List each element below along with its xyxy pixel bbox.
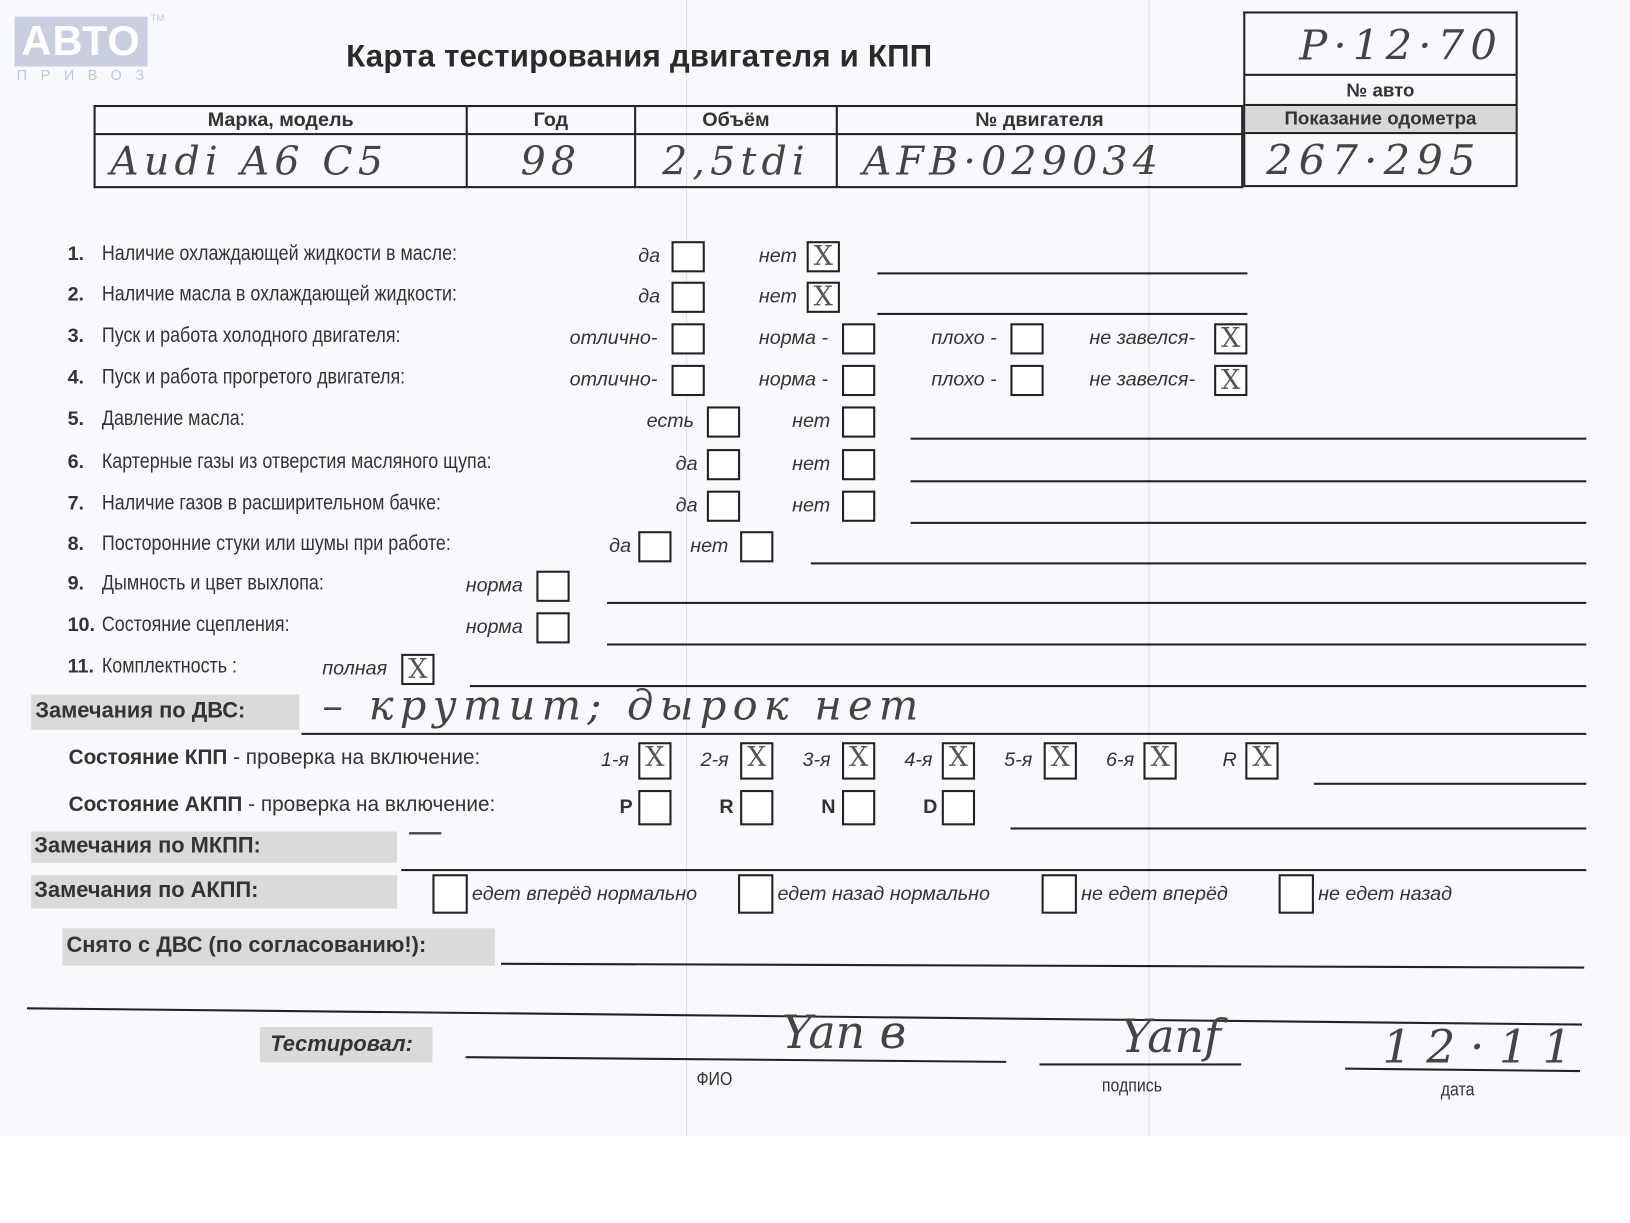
option-label: полная xyxy=(322,658,387,681)
gear-checkbox[interactable]: X xyxy=(638,742,671,779)
logo: АВТО xyxy=(15,17,148,67)
option-label: нет xyxy=(792,411,830,434)
auto-remark-checkbox[interactable] xyxy=(738,874,773,914)
option-label: плохо - xyxy=(931,327,996,350)
gear-label: R xyxy=(1222,749,1236,772)
option-checkbox[interactable]: X xyxy=(807,241,840,272)
position-label: R xyxy=(719,796,733,819)
year-value: 98 xyxy=(467,134,635,187)
auto-box: Р·12·70 № авто Показание одометра 267·29… xyxy=(1243,11,1517,187)
tester-signature[interactable]: Yanf xyxy=(1121,1010,1221,1063)
option-label: норма xyxy=(466,575,523,598)
gear-label: 1-я xyxy=(601,749,629,772)
header-year: Год xyxy=(467,106,635,134)
position-checkbox[interactable] xyxy=(638,790,671,825)
item-label: Пуск и работа прогретого двигателя: xyxy=(102,366,405,390)
make-model-value: Audi A6 C5 xyxy=(95,134,467,187)
logo-subtitle: ПРИВОЗ xyxy=(17,67,158,84)
option-label: нет xyxy=(792,453,830,476)
option-checkbox[interactable] xyxy=(842,449,875,480)
odometer-label: Показание одометра xyxy=(1245,106,1515,134)
auto-gearbox-label-bold: Состояние АКПП xyxy=(69,793,243,816)
position-checkbox[interactable] xyxy=(842,790,875,825)
gear-label: 5-я xyxy=(1004,749,1032,772)
logo-trademark: TM xyxy=(151,12,165,22)
option-checkbox[interactable] xyxy=(707,449,740,480)
option-label: не завелся- xyxy=(1089,369,1195,392)
position-label: N xyxy=(821,796,835,819)
option-checkbox[interactable] xyxy=(672,241,705,272)
option-checkbox[interactable] xyxy=(707,406,740,437)
auto-remark-label: едет вперёд нормально xyxy=(472,884,697,907)
gear-checkbox[interactable]: X xyxy=(740,742,773,779)
gear-label: 6-я xyxy=(1106,749,1134,772)
option-checkbox[interactable] xyxy=(672,365,705,396)
header-make-model: Марка, модель xyxy=(95,106,467,134)
option-checkbox[interactable]: X xyxy=(1214,323,1247,354)
item-number: 8. xyxy=(68,533,84,556)
header-volume: Объём xyxy=(635,106,837,134)
option-label: норма xyxy=(466,616,523,639)
option-checkbox[interactable] xyxy=(672,323,705,354)
auto-remark-label: не едет назад xyxy=(1318,884,1452,907)
option-checkbox[interactable] xyxy=(1010,365,1043,396)
notes-line xyxy=(607,602,1586,604)
item-label: Посторонние стуки или шумы при работе: xyxy=(102,532,451,556)
auto-remark-checkbox[interactable] xyxy=(432,874,467,914)
date-caption: дата xyxy=(1441,1079,1475,1101)
option-label: нет xyxy=(759,245,797,268)
option-checkbox[interactable] xyxy=(842,323,875,354)
item-number: 1. xyxy=(68,243,84,266)
item-label: Давление масла: xyxy=(102,407,245,431)
gear-checkbox[interactable]: X xyxy=(1044,742,1077,779)
item-number: 2. xyxy=(68,284,84,307)
option-checkbox[interactable] xyxy=(842,491,875,522)
notes-line xyxy=(911,522,1587,524)
notes-line xyxy=(607,643,1586,645)
option-label: плохо - xyxy=(931,369,996,392)
manual-remarks-value[interactable]: — xyxy=(407,811,442,853)
manual-gearbox-label-rest: - проверка на включение: xyxy=(227,746,480,769)
position-label: D xyxy=(923,796,937,819)
tester-name[interactable]: Yan в xyxy=(782,1006,907,1059)
item-label: Наличие масла в охлаждающей жидкости: xyxy=(102,283,457,307)
item-number: 5. xyxy=(68,409,84,432)
auto-gearbox-line xyxy=(1010,827,1586,829)
engine-remarks-label: Замечания по ДВС: xyxy=(35,699,245,724)
item-number: 7. xyxy=(68,493,84,516)
option-label: норма - xyxy=(759,327,828,350)
tested-by-label: Тестировал: xyxy=(270,1032,413,1057)
item-number: 10. xyxy=(68,614,95,637)
auto-remark-checkbox[interactable] xyxy=(1042,874,1077,914)
page-title: Карта тестирования двигателя и КПП xyxy=(346,40,932,75)
gear-checkbox[interactable]: X xyxy=(842,742,875,779)
plate-label: № авто xyxy=(1245,76,1515,106)
option-label: да xyxy=(609,535,631,558)
gear-checkbox[interactable]: X xyxy=(1143,742,1176,779)
option-label: да xyxy=(638,286,660,309)
gear-label: 2-я xyxy=(701,749,729,772)
option-checkbox[interactable] xyxy=(672,282,705,313)
item-label: Наличие газов в расширительном бачке: xyxy=(102,492,441,516)
manual-gearbox-label-bold: Состояние КПП xyxy=(69,746,228,769)
notes-line xyxy=(811,562,1586,564)
notes-line xyxy=(911,480,1587,482)
notes-line xyxy=(877,272,1247,274)
auto-remark-label: едет назад нормально xyxy=(778,884,990,907)
item-label: Состояние сцепления: xyxy=(102,613,290,637)
gear-label: 3-я xyxy=(802,749,830,772)
option-checkbox[interactable]: X xyxy=(1214,365,1247,396)
plate-value: Р·12·70 xyxy=(1245,14,1515,76)
engine-number-value: AFB·029034 xyxy=(837,134,1242,187)
name-caption: ФИО xyxy=(696,1069,732,1091)
test-date[interactable]: 12·11 xyxy=(1383,1021,1587,1074)
option-checkbox[interactable] xyxy=(842,365,875,396)
item-label: Пуск и работа холодного двигателя: xyxy=(102,324,401,348)
option-label: не завелся- xyxy=(1089,327,1195,350)
gear-checkbox[interactable]: X xyxy=(1245,742,1278,779)
option-checkbox[interactable] xyxy=(1010,323,1043,354)
option-label: нет xyxy=(759,286,797,309)
option-checkbox[interactable] xyxy=(638,531,671,562)
option-checkbox[interactable] xyxy=(842,406,875,437)
item-label: Наличие охлаждающей жидкости в масле: xyxy=(102,242,457,266)
option-label: отлично- xyxy=(570,369,658,392)
option-checkbox[interactable] xyxy=(536,571,569,602)
signature-line xyxy=(1040,1063,1242,1065)
option-checkbox[interactable]: X xyxy=(807,282,840,313)
manual-remarks-label: Замечания по МКПП: xyxy=(34,834,261,859)
item-number: 4. xyxy=(68,367,84,390)
option-label: нет xyxy=(690,535,728,558)
option-label: есть xyxy=(647,411,694,434)
option-label: норма - xyxy=(759,369,828,392)
vehicle-table: Марка, модель Год Объём № двигателя Audi… xyxy=(94,105,1244,188)
odometer-value: 267·295 xyxy=(1245,134,1515,187)
item-number: 6. xyxy=(68,451,84,474)
item-label: Дымность и цвет выхлопа: xyxy=(102,572,324,596)
notes-line xyxy=(877,313,1247,315)
item-number: 11. xyxy=(68,656,94,679)
option-label: отлично- xyxy=(570,327,658,350)
item-label: Комплектность : xyxy=(102,655,237,679)
item-number: 3. xyxy=(68,325,84,348)
manual-remarks-line xyxy=(401,869,1586,871)
position-label: P xyxy=(620,796,633,819)
option-label: да xyxy=(676,453,698,476)
manual-gearbox-line xyxy=(1314,783,1586,785)
auto-remarks-label: Замечания по АКПП: xyxy=(34,878,258,903)
position-checkbox[interactable] xyxy=(942,790,975,825)
engine-remarks-value[interactable]: – крутит; дырок нет xyxy=(322,682,924,730)
option-label: да xyxy=(638,245,660,268)
auto-remark-checkbox[interactable] xyxy=(1279,874,1314,914)
volume-value: 2,5tdi xyxy=(635,134,837,187)
test-card-sheet: АВТО TM ПРИВОЗ Карта тестирования двигат… xyxy=(0,0,1630,1222)
item-label: Картерные газы из отверстия масляного щу… xyxy=(102,450,492,474)
option-checkbox[interactable] xyxy=(707,491,740,522)
position-checkbox[interactable] xyxy=(740,790,773,825)
auto-gearbox-label-rest: - проверка на включение: xyxy=(242,793,495,816)
engine-remarks-line xyxy=(301,733,1586,735)
option-checkbox[interactable] xyxy=(740,531,773,562)
auto-remark-label: не едет вперёд xyxy=(1081,884,1228,907)
signature-caption: подпись xyxy=(1102,1075,1162,1097)
option-label: да xyxy=(676,495,698,518)
option-checkbox[interactable]: X xyxy=(401,654,434,685)
item-number: 9. xyxy=(68,573,84,596)
header-engine-number: № двигателя xyxy=(837,106,1242,134)
removed-label: Снято с ДВС (по согласованию!): xyxy=(67,933,427,958)
option-label: нет xyxy=(792,495,830,518)
manual-gearbox-label: Состояние КПП - проверка на включение: xyxy=(69,746,481,770)
notes-line xyxy=(911,438,1587,440)
gear-label: 4-я xyxy=(904,749,932,772)
gear-checkbox[interactable]: X xyxy=(942,742,975,779)
option-checkbox[interactable] xyxy=(536,612,569,643)
